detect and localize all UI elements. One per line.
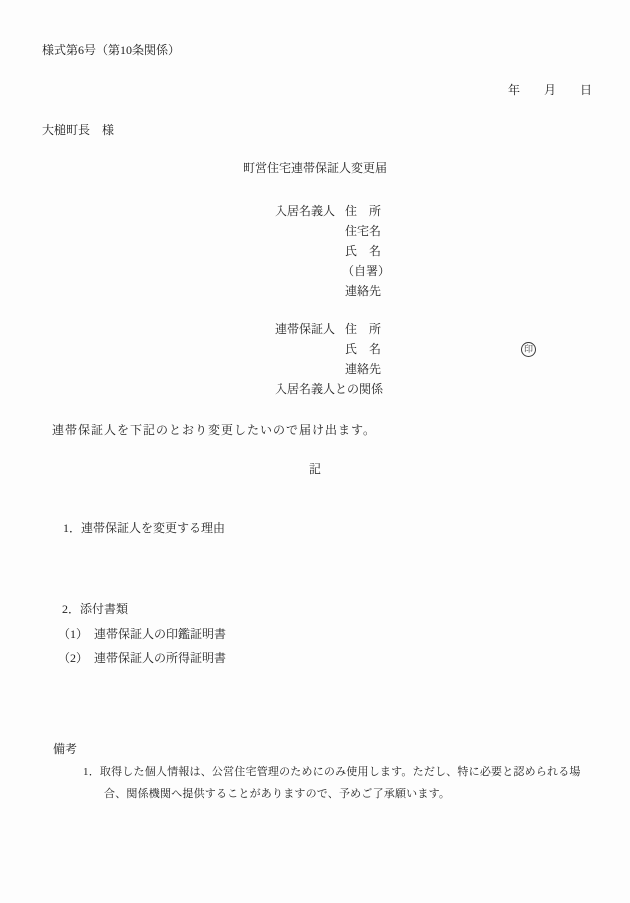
document-page: 様式第6号（第10条関係） 年 月 日 大槌町長 様 町営住宅連帯保証人変更届 … (0, 0, 630, 903)
tenant-signature-label: （自署） (342, 265, 390, 277)
addressee: 大槌町長 様 (42, 124, 114, 136)
guarantor-role-label: 連帯保証人 (275, 323, 335, 335)
item-2-sub-2: （2） 連帯保証人の所得証明書 (58, 652, 226, 664)
item-2-sub-1: （1） 連帯保証人の印鑑証明書 (58, 628, 226, 640)
body-statement: 連帯保証人を下記のとおり変更したいので届け出ます。 (52, 424, 376, 436)
document-title: 町営住宅連帯保証人変更届 (0, 162, 630, 174)
remarks-note-line-2: 合、関係機関へ提供することがありますので、予めご了承願います。 (104, 789, 450, 800)
remarks-heading: 備考 (53, 743, 77, 755)
date-line: 年 月 日 (508, 84, 592, 96)
tenant-address-label: 住 所 (345, 205, 381, 217)
form-number: 様式第6号（第10条関係） (42, 44, 180, 56)
tenant-name-label: 氏 名 (345, 245, 381, 257)
guarantor-relationship-label: 入居名義人との関係 (275, 383, 383, 395)
tenant-role-label: 入居名義人 (275, 205, 335, 217)
record-heading: 記 (0, 463, 630, 475)
item-1-reason: 1．連帯保証人を変更する理由 (63, 522, 225, 534)
item-2-attachments: 2．添付書類 (62, 603, 128, 615)
remarks-note-line-1: 1．取得した個人情報は、公営住宅管理のためにのみ使用します。ただし、特に必要と認… (83, 767, 581, 778)
guarantor-address-label: 住 所 (345, 323, 381, 335)
guarantor-contact-label: 連絡先 (345, 363, 381, 375)
tenant-housing-name-label: 住宅名 (345, 225, 381, 237)
guarantor-name-label: 氏 名 (345, 343, 381, 355)
seal-icon: 印 (521, 342, 536, 357)
tenant-contact-label: 連絡先 (345, 285, 381, 297)
